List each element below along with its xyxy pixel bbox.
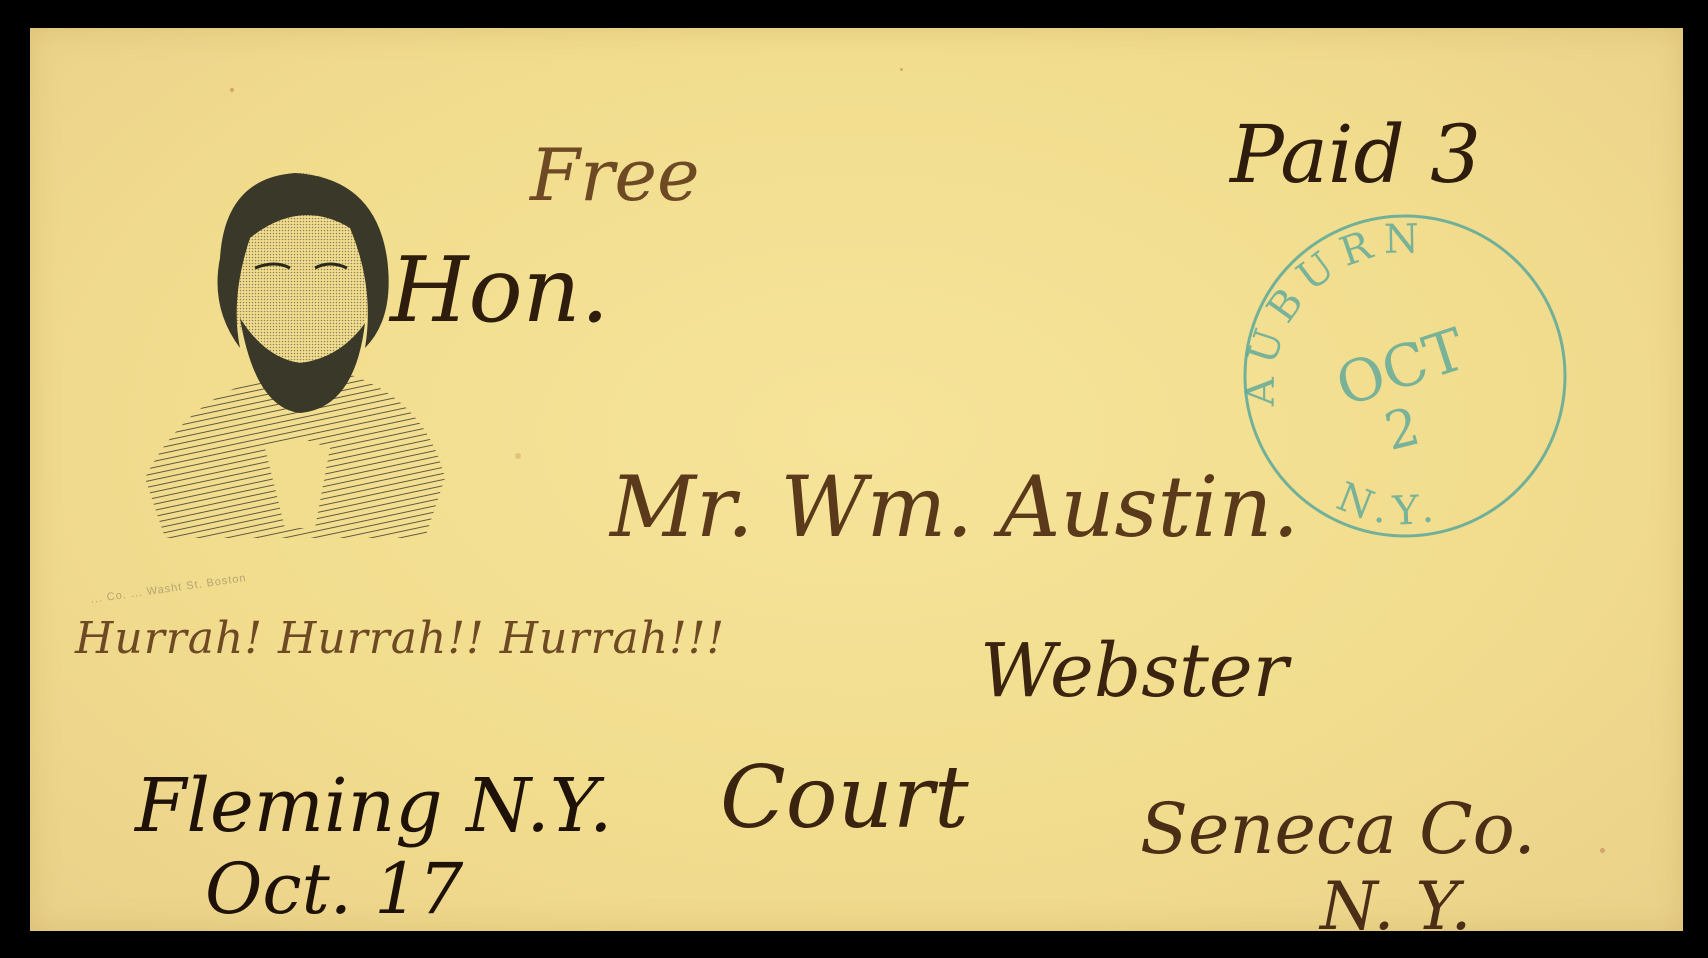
honorific: Hon. xyxy=(390,238,609,343)
paper-speck xyxy=(230,88,234,92)
address-town: Webster xyxy=(980,628,1288,714)
address-county: Seneca Co. xyxy=(1140,788,1536,870)
origin-docket: Fleming N.Y. xyxy=(135,763,613,849)
circular-datestamp: AUBURN OCT 2 N.Y. xyxy=(1225,206,1585,546)
court-note: Court xyxy=(720,748,969,848)
paid-marking: Paid 3 xyxy=(1230,108,1481,201)
address-state: N. Y. xyxy=(1320,868,1472,945)
patriotic-slogan: Hurrah! Hurrah!! Hurrah!!! xyxy=(75,613,725,664)
origin-date: Oct. 17 xyxy=(205,848,463,930)
free-frank: Free xyxy=(530,133,700,217)
paper-speck xyxy=(515,453,521,459)
postmark-day: 2 xyxy=(1379,397,1426,463)
paper-speck xyxy=(900,68,903,71)
addressee-name: Mr. Wm. Austin. xyxy=(610,458,1299,556)
envelope-cover: ... Co. ... Washt St. Boston Hurrah! Hur… xyxy=(30,28,1683,931)
paper-speck xyxy=(1600,848,1605,853)
engraver-imprint: ... Co. ... Washt St. Boston xyxy=(90,572,247,606)
portrait-engraving xyxy=(125,148,460,548)
